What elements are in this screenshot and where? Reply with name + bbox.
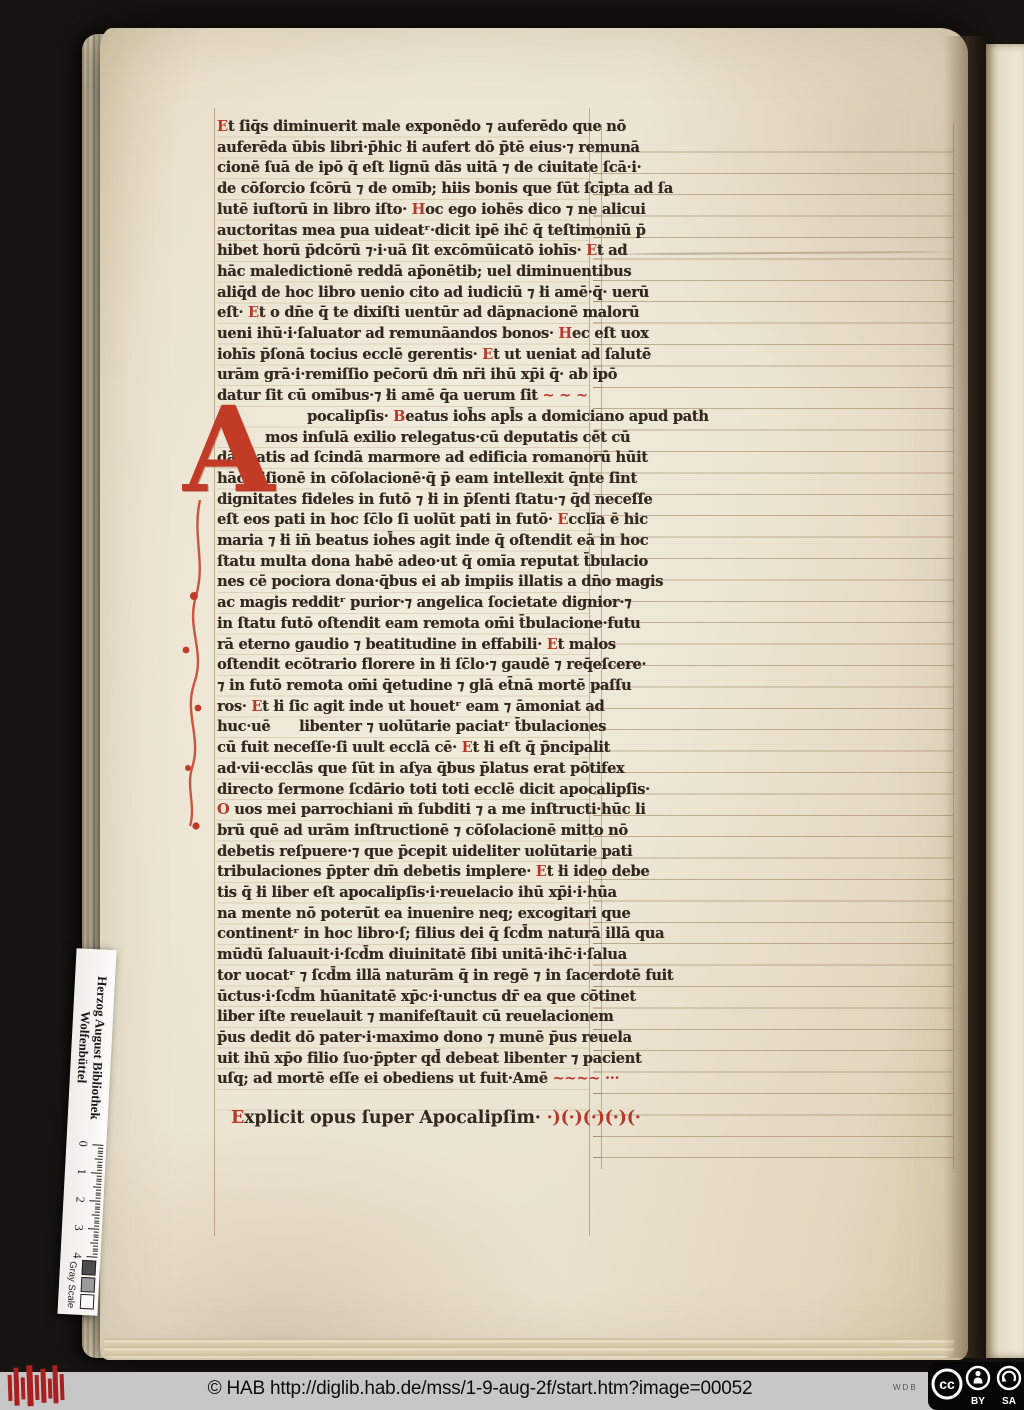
manuscript-line: oſtendit ecōtrario florere in łi ſc̄lo·⁊… xyxy=(217,655,589,676)
ruler-tick xyxy=(95,1206,100,1207)
manuscript-line: ac magis redditʳ purior·⁊ angelica ſocie… xyxy=(217,593,589,614)
manuscript-line: cionē ſuā de ipō q̄ eſt lignū dās uitā ⁊… xyxy=(217,158,589,179)
ruler-tick xyxy=(90,1242,98,1243)
manuscript-line: brū quē ad urām inſtructionē ⁊ cōſolacio… xyxy=(217,821,589,842)
manuscript-line: uit ihū xp̄o filio ſuo·p̄pter qd̄ debeat… xyxy=(217,1049,589,1070)
ruler-tick xyxy=(98,1156,103,1157)
cc-by-sa-icons: cc BY SA xyxy=(928,1362,1024,1410)
manuscript-line: mūdū ſaluauit·i·ſcd̄m diuinitatē ſibi un… xyxy=(217,945,589,966)
ruler-tick xyxy=(94,1223,99,1224)
rubricated-initial-A: A xyxy=(183,391,275,509)
ruler-tick xyxy=(93,1248,98,1249)
manuscript-line: tis q̄ łi liber eſt apocalipſis·i·reuela… xyxy=(217,883,589,904)
ruler-tick xyxy=(95,1158,103,1159)
cc-license-badge[interactable]: cc BY SA xyxy=(928,1362,1024,1410)
manuscript-line: Et ſiq̄s diminuerit male exponēdo ⁊ aufe… xyxy=(217,117,589,138)
manuscript-line: na mente nō poterūt ea inuenire neq; exc… xyxy=(217,904,589,925)
ruler-number: 3 xyxy=(71,1224,86,1231)
manuscript-line: de cōſorcio ſcōrū ⁊ de omīb; hiis bonis … xyxy=(217,179,589,200)
ruler-tick xyxy=(93,1240,98,1241)
manuscript-line: continentʳ in hoc libro·ſ; filius dei q̄… xyxy=(217,924,589,945)
manuscript-line: iohīs p̄ſonā tocius ecclē gerentis· Et u… xyxy=(217,345,589,366)
manuscript-line: ⁊ in futō remota om̄i q̄etudine ⁊ glā et… xyxy=(217,676,589,697)
centimeter-ruler: 01234 xyxy=(62,1141,104,1260)
page-stack-bottom-edges xyxy=(104,1338,954,1358)
manuscript-line: tor uocatʳ ⁊ ſcd̄m illā naturām q̄ in re… xyxy=(217,966,589,987)
ruler-tick xyxy=(93,1251,98,1252)
manuscript-line: p̄us dedit dō pater·i·maximo dono ⁊ munē… xyxy=(217,1028,589,1049)
manuscript-line: ueni ihū·i·ſaluator ad remunāandos bonos… xyxy=(217,324,589,345)
ruler-tick xyxy=(96,1198,101,1199)
ruler-tick xyxy=(92,1214,100,1215)
ruler-tick xyxy=(89,1200,100,1202)
ruler-tick xyxy=(96,1195,101,1196)
gray-scale-square xyxy=(81,1277,96,1293)
manuscript-line: ſtatu multa dona habē adeo·ut q̄ omīa re… xyxy=(217,552,589,573)
gray-scale-square xyxy=(81,1260,96,1276)
manuscript-line: eſt· Et o dn̄e q̄ te dixiſti uentūr ad d… xyxy=(217,303,589,324)
explicit-colophon-line: Explicit opus ſuper Apocalipſim· ·)(·)(·… xyxy=(217,1106,589,1130)
ruler-tick xyxy=(94,1226,99,1227)
manuscript-line: hāc maledictionē reddā ap̄onētib; uel di… xyxy=(217,262,589,283)
library-name-label: Herzog August Bibliothek Wolfenbüttel xyxy=(69,952,115,1143)
manuscript-line: ad·vii·ecclās que ſūt in aſya q̄bus p̄la… xyxy=(217,759,589,780)
ruler-tick xyxy=(97,1175,102,1176)
ruler-tick xyxy=(88,1228,99,1230)
manuscript-line: O uos mei parrochiani m̄ ſubditi ⁊ a me … xyxy=(217,800,589,821)
manuscript-line: maria ⁊ łi in̄ beatus ioh̄es agit inde q… xyxy=(217,531,589,552)
manuscript-line: hibet horū p̄dcōrū ⁊·i·uā ſit excōmūicat… xyxy=(217,241,589,262)
ruler-tick xyxy=(93,1186,101,1187)
ruler-tick xyxy=(95,1203,100,1204)
manuscript-line: auferēda ūbis libri·p̄hic łi aufert dō p… xyxy=(217,138,589,159)
wdb-red-bars-logo[interactable] xyxy=(6,1362,66,1410)
ruler-tick xyxy=(96,1184,101,1185)
by-person-icon xyxy=(967,1367,989,1389)
ruler-tick xyxy=(97,1170,102,1171)
ruler-number: 0 xyxy=(75,1140,90,1147)
ruler-tick xyxy=(93,1254,98,1255)
facing-page-edge xyxy=(986,44,1024,1358)
ruler-tick xyxy=(92,1144,103,1146)
ruler-tick xyxy=(98,1147,103,1148)
manuscript-line: ūctus·i·ſcd̄m hūanitatē xp̄c·i·unctus dr… xyxy=(217,987,589,1008)
ruler-tick xyxy=(94,1231,99,1232)
wdb-mark-label: WDB xyxy=(893,1383,918,1392)
manuscript-line: auctoritas mea pua uideatʳ·dicit ipē ihc… xyxy=(217,221,589,242)
ruler-tick xyxy=(86,1256,97,1258)
ruler-tick xyxy=(97,1178,102,1179)
manuscript-line: huc·uē libenter ⁊ uolūtarie paciatʳ t̄bu… xyxy=(217,717,589,738)
manuscript-line: uſq; ad mortē eſſe ei obediens ut fuit·A… xyxy=(217,1069,589,1090)
cc-letters: cc xyxy=(939,1376,955,1392)
ruled-empty-column xyxy=(601,131,953,1166)
manuscript-line: cū fuit neceſſe·ſi uult ecclā cē· Et łi … xyxy=(217,738,589,759)
manuscript-line: aliq̄d de hoc libro uenio cito ad iudici… xyxy=(217,283,589,304)
by-label: BY xyxy=(971,1396,985,1407)
footer-url-link[interactable]: © HAB http://diglib.hab.de/mss/1-9-aug-2… xyxy=(0,1378,960,1400)
gray-scale-label: Gray Scale xyxy=(65,1258,79,1311)
ruler-tick xyxy=(98,1153,103,1154)
ruling-line-vertical xyxy=(953,124,954,1169)
initial-flourish-decoration xyxy=(176,500,220,830)
ruler-tick xyxy=(94,1234,99,1235)
ruler-tick xyxy=(94,1217,99,1218)
ruler-tick xyxy=(96,1192,101,1193)
manuscript-line: directo ſermone ſcdārio toti toti ecclē … xyxy=(217,780,589,801)
ruler-tick xyxy=(97,1167,102,1168)
manuscript-line: lutē iuſtorū in libro iſto· Hoc ego iohē… xyxy=(217,200,589,221)
ruler-number: 2 xyxy=(72,1196,87,1203)
manuscript-line: nes cē pociora dona·q̄bus ei ab impiis i… xyxy=(217,572,589,593)
manuscript-text-column: Et ſiq̄s diminuerit male exponēdo ⁊ aufe… xyxy=(217,117,589,1130)
ruler-tick xyxy=(94,1220,99,1221)
ruler-tick xyxy=(96,1181,101,1182)
ruler-tick xyxy=(93,1237,98,1238)
manuscript-line: debetis reſpuere·⁊ que p̄cepit uideliter… xyxy=(217,842,589,863)
manuscript-line: liber iſte reuelauit ⁊ manifeſtauit cū r… xyxy=(217,1007,589,1028)
ruler-tick xyxy=(95,1209,100,1210)
ruler-tick xyxy=(91,1172,102,1174)
gray-scale-square xyxy=(80,1294,95,1310)
manuscript-line: tribulaciones p̄pter dm̄ debetis implere… xyxy=(217,862,589,883)
ruler-number: 1 xyxy=(74,1168,89,1175)
ruler-tick xyxy=(96,1189,101,1190)
manuscript-line: in ſtatu futō oſtendit eam remota om̄i t… xyxy=(217,614,589,635)
manuscript-line: ros· Et łi ſic agit inde ut houetʳ eam ⁊… xyxy=(217,697,589,718)
ruler-tick xyxy=(95,1212,100,1213)
manuscript-viewer-page: Et ſiq̄s diminuerit male exponēdo ⁊ aufe… xyxy=(0,0,1024,1410)
manuscript-line: rā eterno gaudio ⁊ beatitudine in effabi… xyxy=(217,635,589,656)
ruler-tick xyxy=(93,1245,98,1246)
ruler-tick xyxy=(97,1161,102,1162)
sa-label: SA xyxy=(1002,1396,1016,1407)
gray-scale-target: Gray Scale xyxy=(60,1258,99,1312)
ruler-tick xyxy=(98,1150,103,1151)
ruler-tick xyxy=(97,1164,102,1165)
sa-arrow-icon xyxy=(998,1367,1020,1389)
